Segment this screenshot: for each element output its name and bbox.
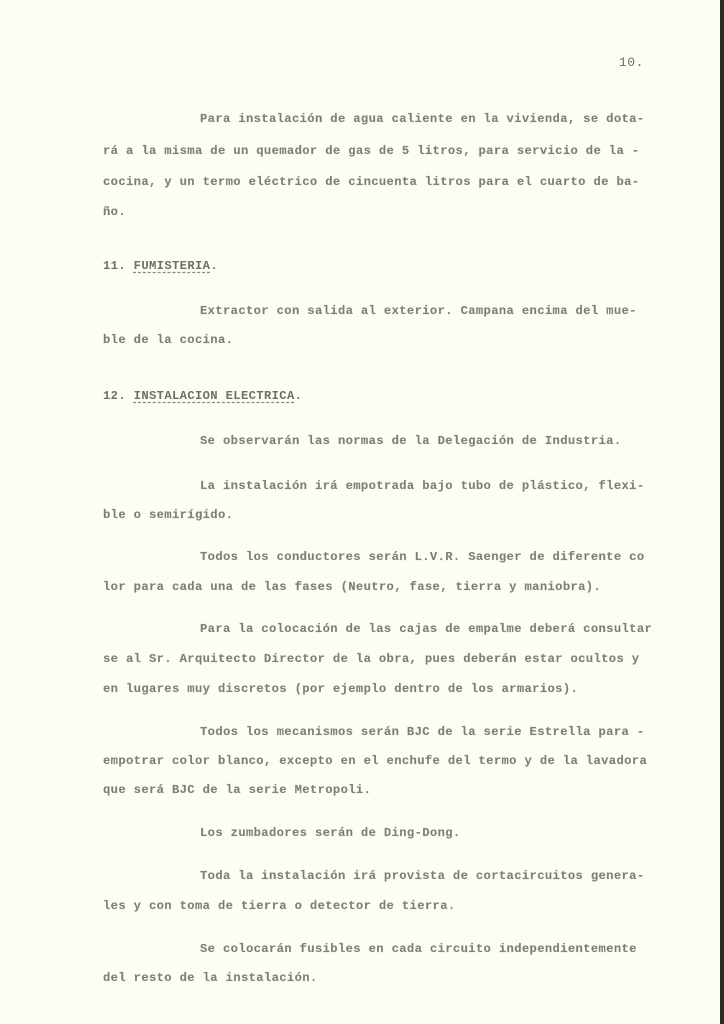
text-line: Todos los mecanismos serán BJC de la ser… bbox=[200, 725, 645, 739]
section-title: FUMISTERIA bbox=[134, 259, 211, 273]
section-heading-fumisteria: 11. FUMISTERIA. bbox=[103, 259, 218, 273]
section-number: 11. bbox=[103, 259, 126, 273]
text-line: ble o semirígido. bbox=[103, 508, 233, 522]
text-line: que será BJC de la serie Metropoli. bbox=[103, 783, 371, 797]
section-title: INSTALACION ELECTRICA bbox=[134, 389, 295, 403]
section-heading-instalacion-electrica: 12. INSTALACION ELECTRICA. bbox=[103, 389, 302, 403]
page-number: 10. bbox=[619, 55, 644, 70]
text-line: Para instalación de agua caliente en la … bbox=[200, 112, 645, 126]
text-line: ño. bbox=[103, 205, 126, 219]
scan-edge-shadow bbox=[720, 0, 724, 1024]
text-line: Los zumbadores serán de Ding-Dong. bbox=[200, 826, 461, 840]
text-line: lor para cada una de las fases (Neutro, … bbox=[103, 580, 601, 594]
text-line: se al Sr. Arquitecto Director de la obra… bbox=[103, 652, 639, 666]
text-line: Se observarán las normas de la Delegació… bbox=[200, 434, 622, 448]
section-title-suffix: . bbox=[295, 389, 303, 403]
text-line: Todos los conductores serán L.V.R. Saeng… bbox=[200, 550, 645, 564]
text-line: rá a la misma de un quemador de gas de 5… bbox=[103, 144, 639, 158]
text-line: Para la colocación de las cajas de empal… bbox=[200, 622, 652, 636]
text-line: del resto de la instalación. bbox=[103, 971, 318, 985]
section-number: 12. bbox=[103, 389, 126, 403]
text-line: La instalación irá empotrada bajo tubo d… bbox=[200, 479, 645, 493]
section-title-suffix: . bbox=[210, 259, 218, 273]
text-line: empotrar color blanco, excepto en el enc… bbox=[103, 754, 647, 768]
text-line: Toda la instalación irá provista de cort… bbox=[200, 869, 645, 883]
text-line: Extractor con salida al exterior. Campan… bbox=[200, 304, 637, 318]
text-line: ble de la cocina. bbox=[103, 333, 233, 347]
text-line: les y con toma de tierra o detector de t… bbox=[103, 899, 456, 913]
text-line: cocina, y un termo eléctrico de cincuent… bbox=[103, 175, 639, 189]
text-line: en lugares muy discretos (por ejemplo de… bbox=[103, 682, 578, 696]
typewritten-page: 10. Para instalación de agua caliente en… bbox=[0, 0, 720, 1024]
text-line: Se colocarán fusibles en cada circuito i… bbox=[200, 942, 637, 956]
